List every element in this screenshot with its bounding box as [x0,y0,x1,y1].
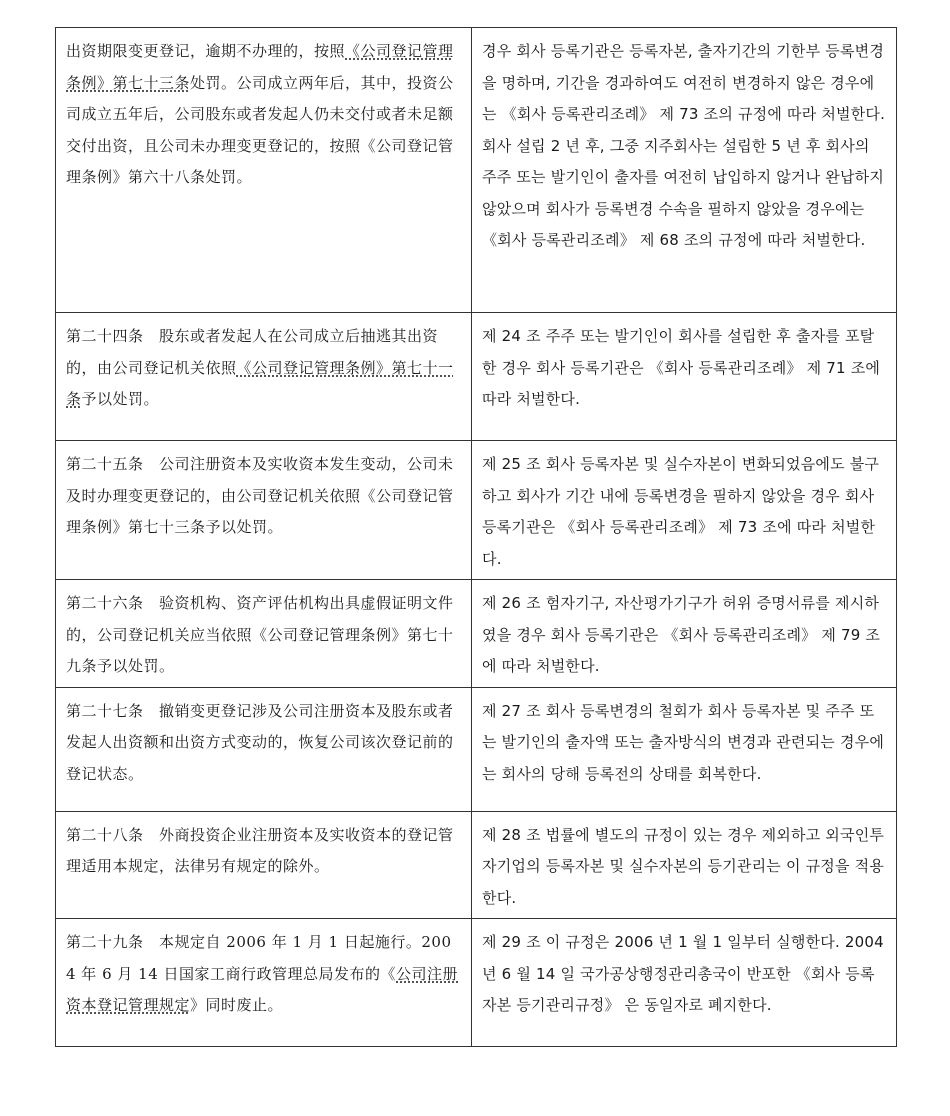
chinese-text: 第二十七条 撤销变更登记涉及公司注册资本及股东或者发起人出资额和出资方式变动的，… [66,702,454,783]
chinese-text: 第二十五条 公司注册资本及实收资本发生变动，公司未及时办理变更登记的，由公司登记… [66,455,454,536]
table-row: 第二十五条 公司注册资本及实收资本发生变动，公司未及时办理变更登记的，由公司登记… [56,441,897,580]
chinese-text: 第二十九条 本规定自 2006 年 1 月 1 日起施行。2004 年 6 月 … [66,933,452,983]
korean-cell: 제 28 조 법률에 별도의 규정이 있는 경우 제외하고 외국인투자기업의 등… [472,811,897,919]
chinese-cell: 第二十七条 撤销变更登记涉及公司注册资本及股东或者发起人出资额和出资方式变动的，… [56,687,472,811]
chinese-cell: 出资期限变更登记，逾期不办理的，按照《公司登记管理条例》第七十三条处罚。公司成立… [56,28,472,313]
korean-cell: 제 25 조 회사 등록자본 및 실수자본이 변화되었음에도 불구하고 회사가 … [472,441,897,580]
table-row: 第二十六条 验资机构、资产评估机构出具虚假证明文件的，公司登记机关应当依照《公司… [56,580,897,688]
korean-cell: 제 27 조 회사 등록변경의 철회가 회사 등록자본 및 주주 또는 발기인의… [472,687,897,811]
chinese-cell: 第二十四条 股东或者发起人在公司成立后抽逃其出资的，由公司登记机关依照《公司登记… [56,313,472,441]
table-row: 第二十八条 外商投资企业注册资本及实收资本的登记管理适用本规定，法律另有规定的除… [56,811,897,919]
korean-cell: 제 24 조 주주 또는 발기인이 회사를 설립한 후 출자를 포탈한 경우 회… [472,313,897,441]
chinese-text: 第二十六条 验资机构、资产评估机构出具虚假证明文件的，公司登记机关应当依照《公司… [66,594,454,675]
chinese-cell: 第二十八条 外商投资企业注册资本及实收资本的登记管理适用本规定，法律另有规定的除… [56,811,472,919]
korean-cell: 제 29 조 이 규정은 2006 년 1 월 1 일부터 실행한다. 2004… [472,919,897,1047]
table-row: 第二十四条 股东或者发起人在公司成立后抽逃其出资的，由公司登记机关依照《公司登记… [56,313,897,441]
chinese-text: 予以处罚。 [82,390,160,408]
chinese-cell: 第二十九条 本规定自 2006 年 1 月 1 日起施行。2004 年 6 月 … [56,919,472,1047]
chinese-text: 第二十八条 外商投资企业注册资本及实收资本的登记管理适用本规定，法律另有规定的除… [66,826,454,876]
chinese-text: 出资期限变更登记，逾期不办理的，按照 [66,42,345,60]
chinese-cell: 第二十五条 公司注册资本及实收资本发生变动，公司未及时办理变更登记的，由公司登记… [56,441,472,580]
table-row: 出资期限变更登记，逾期不办理的，按照《公司登记管理条例》第七十三条处罚。公司成立… [56,28,897,313]
korean-cell: 경우 회사 등록기관은 등록자본, 출자기간의 기한부 등록변경을 명하며, 기… [472,28,897,313]
bilingual-regulation-table: 出资期限变更登记，逾期不办理的，按照《公司登记管理条例》第七十三条处罚。公司成立… [55,27,897,1047]
table-row: 第二十七条 撤销变更登记涉及公司注册资本及股东或者发起人出资额和出资方式变动的，… [56,687,897,811]
chinese-cell: 第二十六条 验资机构、资产评估机构出具虚假证明文件的，公司登记机关应当依照《公司… [56,580,472,688]
table-row: 第二十九条 本规定自 2006 年 1 月 1 日起施行。2004 年 6 月 … [56,919,897,1047]
chinese-text: 》同时废止。 [190,996,283,1014]
korean-cell: 제 26 조 험자기구, 자산평가기구가 허위 증명서류를 제시하였을 경우 회… [472,580,897,688]
